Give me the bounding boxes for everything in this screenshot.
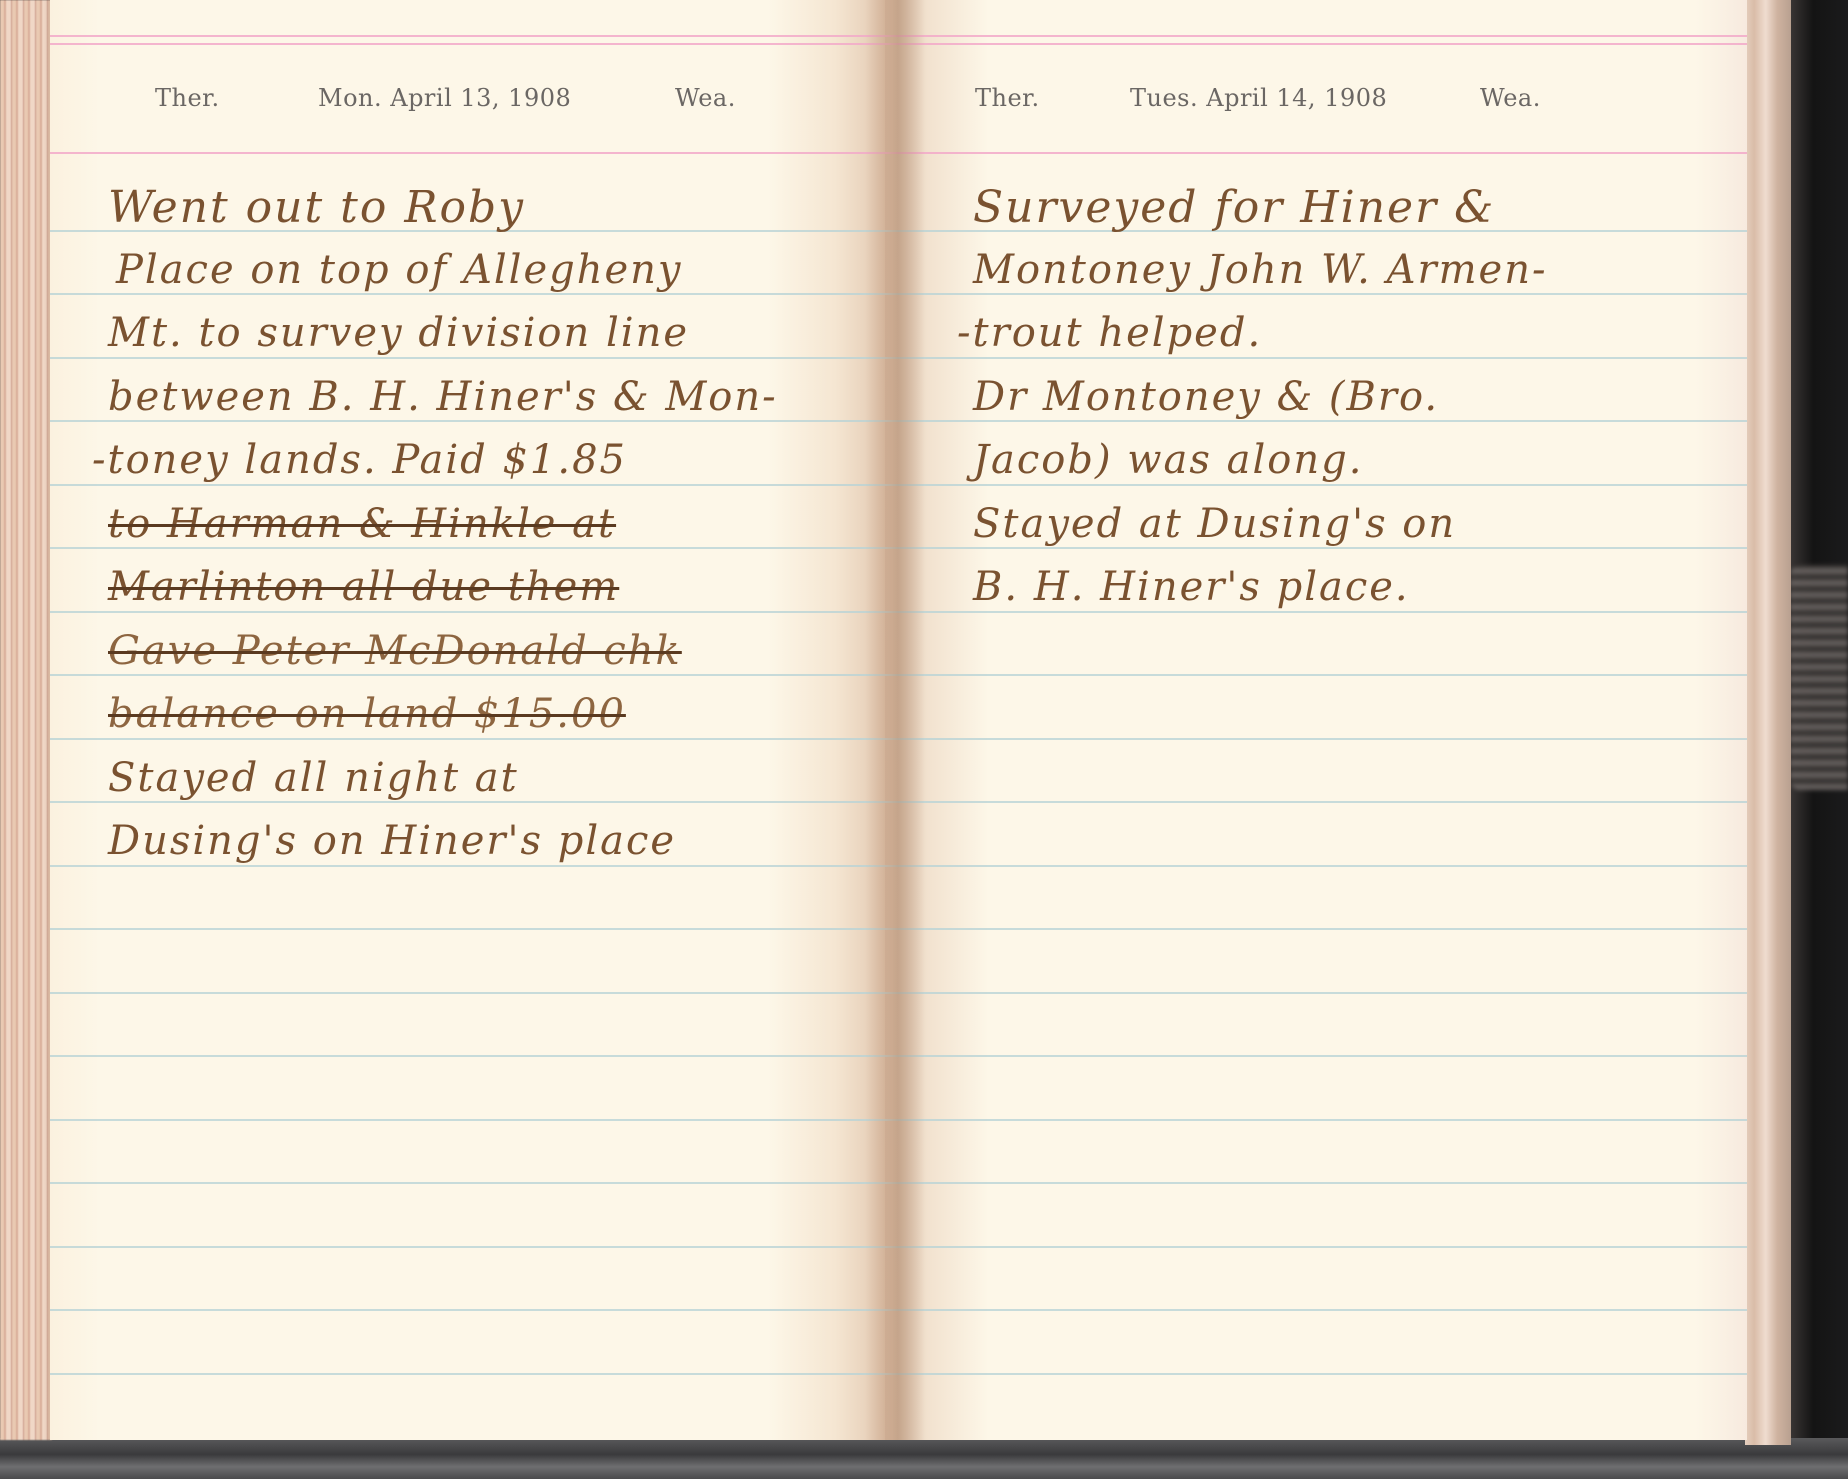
left-page-edges bbox=[0, 0, 52, 1440]
entry-line-struck: Marlinton all due them bbox=[108, 567, 619, 607]
header-rule-bottom bbox=[50, 152, 885, 154]
bottom-background bbox=[0, 1438, 1848, 1479]
ruled-line bbox=[50, 801, 885, 803]
ruled-line bbox=[50, 420, 885, 422]
entry-line: Place on top of Allegheny bbox=[116, 250, 683, 290]
entry-line: Mt. to survey division line bbox=[108, 313, 689, 353]
ruled-line bbox=[885, 1182, 1747, 1184]
ruled-line bbox=[50, 865, 885, 867]
entry-line-struck: Gave Peter McDonald chk bbox=[108, 631, 682, 671]
ruled-line bbox=[885, 928, 1747, 930]
entry-line: Stayed at Dusing's on bbox=[973, 504, 1456, 544]
ruled-line bbox=[50, 992, 885, 994]
ruled-line bbox=[885, 547, 1747, 549]
entry-line: Montoney John W. Armen- bbox=[973, 250, 1548, 290]
header-rule-top bbox=[885, 35, 1747, 37]
header-rule-top-2 bbox=[885, 43, 1747, 45]
ruled-line bbox=[885, 801, 1747, 803]
left-page: Ther. Mon. April 13, 1908 Wea. Went out … bbox=[50, 0, 885, 1440]
ruled-line bbox=[50, 1182, 885, 1184]
binding-spring bbox=[1790, 565, 1848, 790]
ruled-line bbox=[885, 1309, 1747, 1311]
date-heading: Tues. April 14, 1908 bbox=[1130, 84, 1387, 112]
header-rule-top-2 bbox=[50, 43, 885, 45]
ruled-line bbox=[50, 357, 885, 359]
header-rule-top bbox=[50, 35, 885, 37]
entry-line: Dr Montoney & (Bro. bbox=[973, 377, 1439, 417]
ruled-line bbox=[50, 611, 885, 613]
ruled-line bbox=[885, 420, 1747, 422]
ruled-line bbox=[50, 928, 885, 930]
wea-label: Wea. bbox=[675, 84, 736, 112]
ruled-line bbox=[50, 1119, 885, 1121]
right-page-edges bbox=[1745, 0, 1791, 1445]
ruled-line bbox=[50, 484, 885, 486]
entry-line: Stayed all night at bbox=[108, 758, 519, 798]
entry-line-struck: to Harman & Hinkle at bbox=[108, 504, 616, 544]
ruled-line bbox=[50, 293, 885, 295]
entry-line: -trout helped. bbox=[957, 313, 1262, 353]
book-gutter bbox=[865, 0, 925, 1440]
ruled-line bbox=[885, 357, 1747, 359]
entry-line: Jacob) was along. bbox=[973, 440, 1363, 480]
ruled-line bbox=[50, 738, 885, 740]
entry-line: Went out to Roby bbox=[108, 186, 525, 230]
entry-line-struck: balance on land $15.00 bbox=[108, 694, 626, 734]
ruled-line bbox=[50, 547, 885, 549]
ruled-line bbox=[885, 1055, 1747, 1057]
date-heading: Mon. April 13, 1908 bbox=[318, 84, 571, 112]
entry-line: -toney lands. Paid $1.85 bbox=[92, 440, 627, 480]
right-page: Ther. Tues. April 14, 1908 Wea. Surveyed… bbox=[885, 0, 1747, 1440]
ruled-line bbox=[885, 293, 1747, 295]
diary-scan: Ther. Mon. April 13, 1908 Wea. Went out … bbox=[0, 0, 1848, 1479]
ruled-line bbox=[885, 1119, 1747, 1121]
ruled-line bbox=[885, 484, 1747, 486]
ruled-line bbox=[885, 738, 1747, 740]
entry-line: B. H. Hiner's place. bbox=[973, 567, 1410, 607]
ruled-line bbox=[885, 1246, 1747, 1248]
ther-label: Ther. bbox=[975, 84, 1040, 112]
ther-label: Ther. bbox=[155, 84, 220, 112]
wea-label: Wea. bbox=[1480, 84, 1541, 112]
entry-line: Dusing's on Hiner's place bbox=[108, 821, 676, 861]
ruled-line bbox=[885, 611, 1747, 613]
ruled-line bbox=[50, 1055, 885, 1057]
ruled-line bbox=[50, 1309, 885, 1311]
entry-line: between B. H. Hiner's & Mon- bbox=[108, 377, 778, 417]
ruled-line bbox=[885, 865, 1747, 867]
entry-line: Surveyed for Hiner & bbox=[973, 186, 1495, 230]
ruled-line bbox=[885, 674, 1747, 676]
header-rule-bottom bbox=[885, 152, 1747, 154]
ruled-line bbox=[885, 1373, 1747, 1375]
ruled-line bbox=[50, 1373, 885, 1375]
ruled-line bbox=[885, 992, 1747, 994]
ruled-line bbox=[50, 1246, 885, 1248]
ruled-line bbox=[50, 674, 885, 676]
